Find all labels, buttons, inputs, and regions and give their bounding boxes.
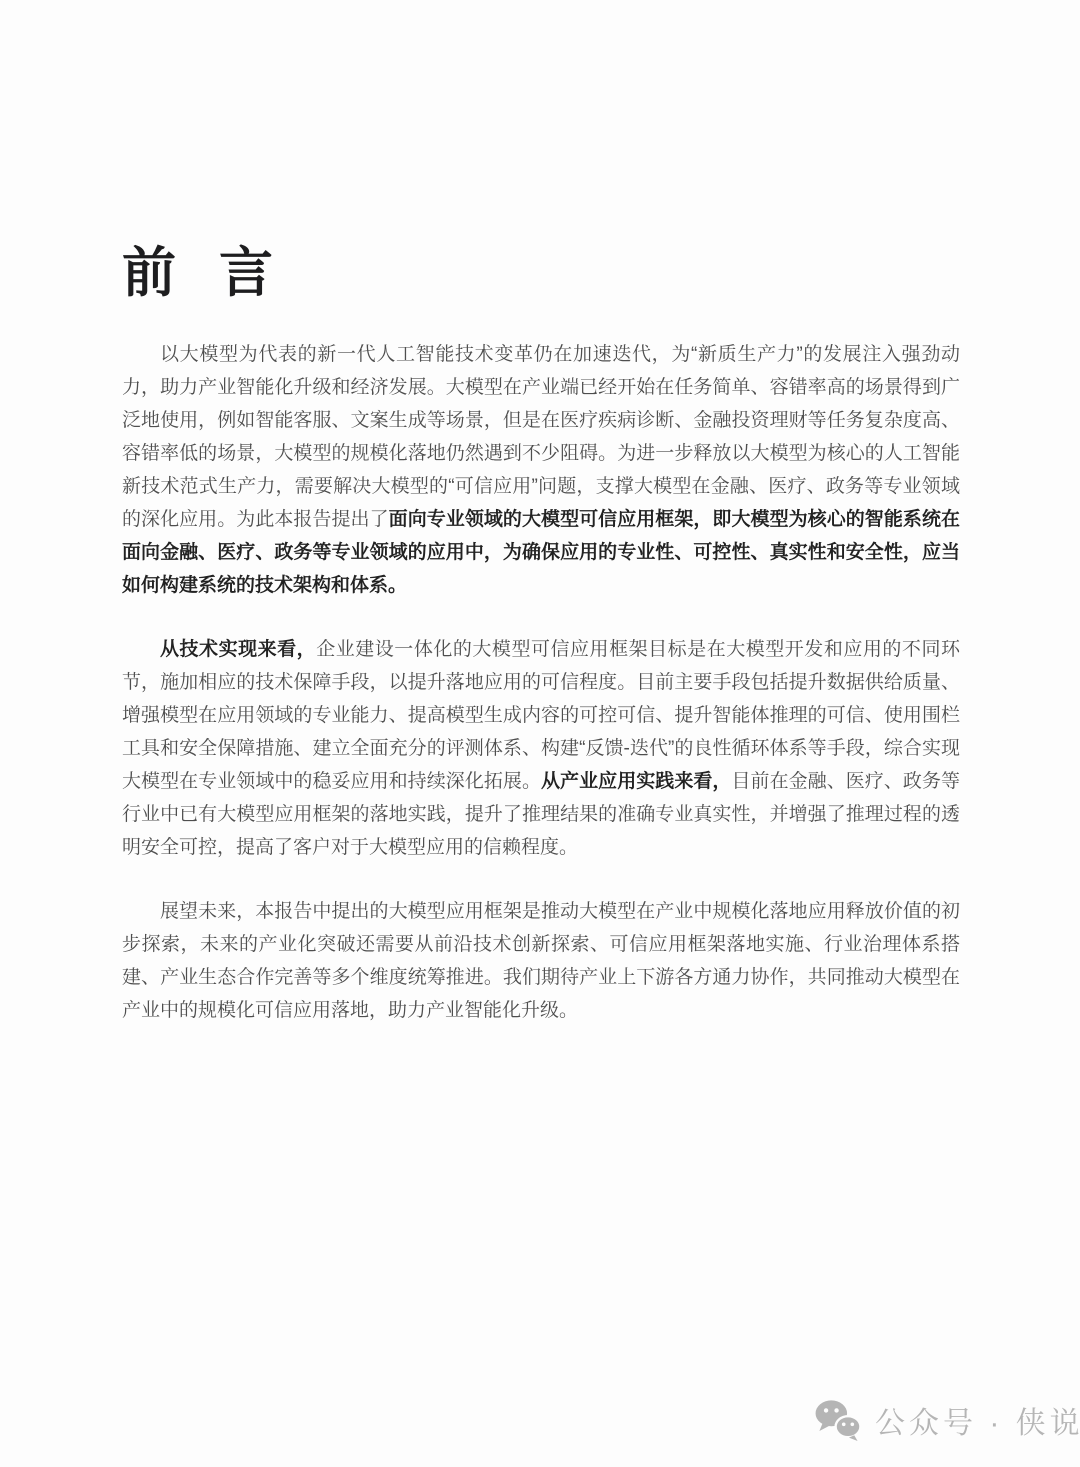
- document-body: 以大模型为代表的新一代人工智能技术变革仍在加速迭代，为“新质生产力”的发展注入强…: [122, 338, 960, 1058]
- bold-text-segment: 从产业应用实践来看，: [541, 771, 731, 792]
- wechat-icon: [814, 1399, 862, 1441]
- watermark-text: 公众号 · 侠说: [875, 1398, 1080, 1442]
- watermark: 公众号 · 侠说: [814, 1398, 1080, 1442]
- bold-text-segment: 从技术实现来看，: [160, 639, 316, 660]
- paragraph: 以大模型为代表的新一代人工智能技术变革仍在加速迭代，为“新质生产力”的发展注入强…: [122, 338, 960, 602]
- document-page: 前 言 以大模型为代表的新一代人工智能技术变革仍在加速迭代，为“新质生产力”的发…: [0, 0, 1080, 1467]
- text-segment: 企业建设一体化的大模型可信应用框架目标是在大模型开发和应用的不同环节，施加相应的…: [122, 639, 960, 792]
- paragraph: 展望未来，本报告中提出的大模型应用框架是推动大模型在产业中规模化落地应用释放价值…: [122, 895, 960, 1027]
- page-title: 前 言: [122, 242, 287, 304]
- text-segment: 展望未来，本报告中提出的大模型应用框架是推动大模型在产业中规模化落地应用释放价值…: [122, 901, 960, 1021]
- paragraph: 从技术实现来看，企业建设一体化的大模型可信应用框架目标是在大模型开发和应用的不同…: [122, 633, 960, 864]
- text-segment: 以大模型为代表的新一代人工智能技术变革仍在加速迭代，为“新质生产力”的发展注入强…: [122, 344, 960, 530]
